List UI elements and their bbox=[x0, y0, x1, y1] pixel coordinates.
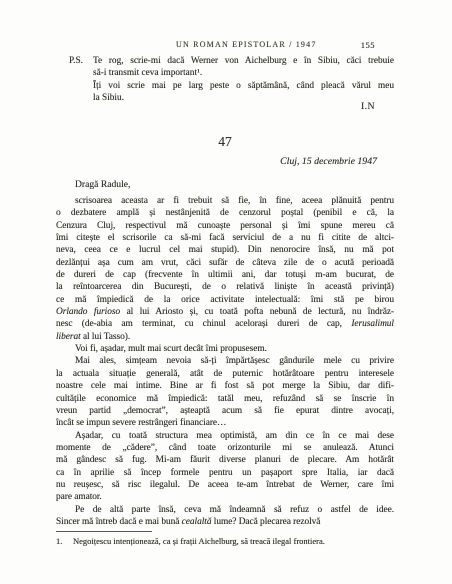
letter-line: Cenzura Cluj, respectivul mă cunoaște pe… bbox=[56, 220, 394, 232]
letter-dateline: Cluj, 15 decembrie 1947 bbox=[280, 156, 377, 167]
footnote-rule bbox=[56, 531, 152, 532]
footnote-marker: 1. bbox=[56, 536, 73, 547]
letter-line: vreun partid „democrat”, așteaptă acum s… bbox=[56, 405, 394, 417]
postscript-block: P.S. Te rog, scrie-mi dacă Werner von Ai… bbox=[69, 55, 394, 105]
letter-line: scrisoarea aceasta ar fi trebuit să fie,… bbox=[56, 195, 394, 207]
letter-line: ca în aprilie să încep formele pentru un… bbox=[56, 467, 394, 479]
letter-line: mă gândesc să fug. Mi-am făurit diverse … bbox=[56, 454, 394, 466]
letter-line: Pe de altă parte însă, ceva mă îndeamnă … bbox=[56, 504, 394, 516]
page-number: 155 bbox=[361, 40, 375, 50]
book-page-scan: UN ROMAN EPISTOLAR / 1947 155 P.S. Te ro… bbox=[0, 0, 452, 584]
letter-line: cultățile economice mă împiedică: tatăl … bbox=[56, 393, 394, 405]
letter-line: neva, ceea ce e lucrul cel mai stupid). … bbox=[56, 244, 394, 256]
letter-line: Sincer mă întreb dacă e mai bună cealalt… bbox=[56, 516, 394, 528]
postscript-text: Te rog, scrie-mi dacă Werner von Aichelb… bbox=[93, 55, 394, 105]
running-title: UN ROMAN EPISTOLAR / 1947 bbox=[176, 40, 317, 49]
letter-line: Orlando furioso al lui Ariosto și, cu to… bbox=[56, 306, 394, 318]
letter-line: la actuala situație generală, atât de pu… bbox=[56, 368, 394, 380]
letter-line: liberat al lui Tasso). bbox=[56, 331, 394, 343]
letter-body: scrisoarea aceasta ar fi trebuit să fie,… bbox=[56, 195, 394, 528]
letter-line: Voi fi, așadar, mult mai scurt decât îmi… bbox=[56, 343, 394, 355]
letter-salutation: Dragă Radule, bbox=[75, 179, 130, 190]
postscript-label: P.S. bbox=[69, 55, 83, 67]
letter-line: pare amator. bbox=[56, 491, 394, 503]
letter-line: Îți voi scrie mai pe larg peste o săptăm… bbox=[93, 80, 394, 92]
signature-initials: I.N bbox=[361, 101, 375, 112]
letter-line: la reîntoarcerea din București, de o rel… bbox=[56, 281, 394, 293]
letter-line: Mai ales, simțeam nevoia să-ți împărtășe… bbox=[56, 355, 394, 367]
footnote-text: Negoițescu intenționează, ca și frații A… bbox=[73, 536, 325, 546]
letter-number: 47 bbox=[56, 134, 394, 150]
letter-line: nesc (de-abia am terminat, cu chinul ace… bbox=[56, 318, 394, 330]
footnote: 1.Negoițescu intenționează, ca și frații… bbox=[56, 536, 394, 547]
letter-line: de dureri de cap (frecvente în ultimii a… bbox=[56, 269, 394, 281]
letter-line: momente de „cădere”, când toate orizontu… bbox=[56, 442, 394, 454]
letter-line: o dezbatere amplă și nestânjenită de cen… bbox=[56, 207, 394, 219]
letter-line: la Sibiu. bbox=[93, 92, 394, 104]
letter-line: îmi citește el scrisorile ca să-mi facă … bbox=[56, 232, 394, 244]
letter-line: Așadar, cu toată structura mea optimistă… bbox=[56, 430, 394, 442]
letter-line: noastre cele mai intime. Bine ar fi fost… bbox=[56, 380, 394, 392]
letter-line: ce mă împiedică de la orice activitate i… bbox=[56, 294, 394, 306]
running-header: UN ROMAN EPISTOLAR / 1947 155 bbox=[0, 40, 452, 52]
letter-line: Te rog, scrie-mi dacă Werner von Aichelb… bbox=[93, 55, 394, 67]
letter-line: nu reușesc, să risc ilegalul. De aceea t… bbox=[56, 479, 394, 491]
letter-line: încât se impun severe restrângeri financ… bbox=[56, 417, 394, 429]
letter-line: să-i transmit ceva important¹. bbox=[93, 67, 394, 79]
letter-line: dezlănțui așa cum am vrut, căci sufăr de… bbox=[56, 257, 394, 269]
